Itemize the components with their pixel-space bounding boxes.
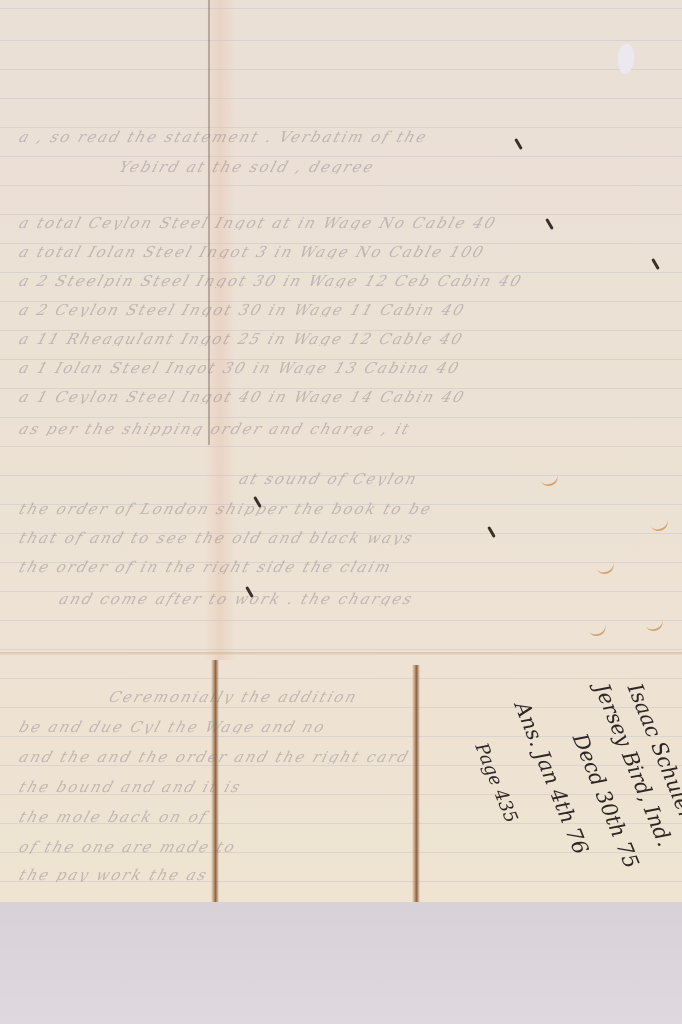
bleed-line: the order of in the right side the claim [17, 558, 394, 574]
bleed-line: a 11 Rheagulant Ingot 25 in Wage 12 Cabl… [17, 330, 466, 346]
bleed-line: the order of London shipper the book to … [17, 500, 435, 516]
docket-page-number: Page 435 [471, 740, 522, 826]
bleed-line: a 1 Iolan Steel Ingot 30 in Wage 13 Cabi… [17, 359, 463, 375]
bleed-line: the pay work the as [17, 866, 442, 882]
bleed-line: a , so read the statement . Verbatim of … [17, 128, 430, 144]
bleed-line: a total Iolan Steel Ingot 3 in Wage No C… [17, 243, 487, 259]
bleed-line: a 1 Ceylon Steel Ingot 40 in Wage 14 Cab… [17, 388, 468, 404]
bleed-line: of the one are made to [17, 838, 442, 854]
bleed-line: at sound of Ceylon [237, 470, 420, 486]
bleed-line: a 2 Ceylon Steel Ingot 30 in Wage 11 Cab… [17, 301, 468, 317]
document-sheet: a , so read the statement . Verbatim of … [0, 0, 682, 902]
bleed-line: and the and the order and the right card [17, 748, 442, 764]
bleed-line: a total Ceylon Steel Ingot at in Wage No… [17, 214, 499, 230]
docket-endorsement: Isaac Schuler Jersey Bird, Ind. Decd 30t… [440, 670, 670, 900]
bleed-line: as per the shipping order and charge , i… [17, 420, 413, 436]
docket-answered-date: Ans. Jan 4th 76 [510, 698, 593, 858]
bleed-line: the mole back on of [17, 808, 442, 824]
bleed-line: the bound and and it is [17, 778, 442, 794]
bleed-line: a 2 Steelpin Steel Ingot 30 in Wage 12 C… [17, 272, 525, 288]
bleed-line: that of and to see the old and black way… [17, 529, 416, 545]
bleed-line: be and due Cyl the Wage and no [17, 718, 442, 734]
bleed-line: Ceremonially the addition [107, 688, 442, 704]
horizontal-fold-line [0, 652, 682, 655]
bleed-line: and come after to work . the charges [57, 590, 416, 606]
background-surface [0, 902, 682, 1024]
bleed-line: Yebird at the sold , degree [117, 158, 377, 174]
